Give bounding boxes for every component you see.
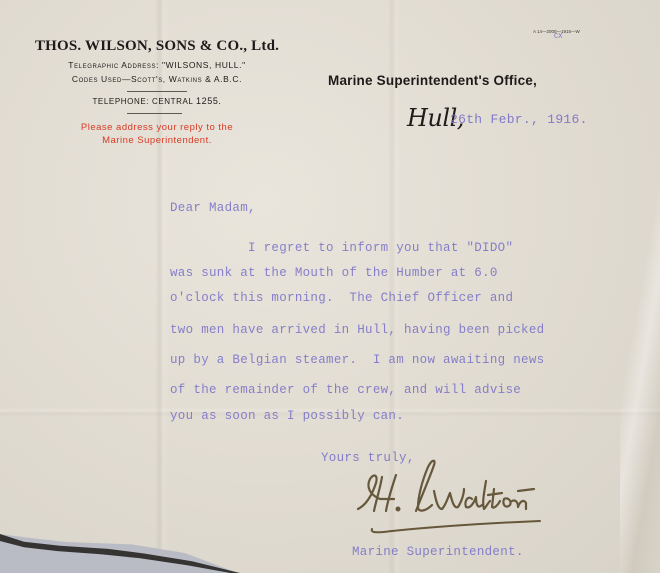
body-line: of the remainder of the crew, and will a… <box>170 383 521 397</box>
salutation: Dear Madam, <box>170 201 256 215</box>
reply-notice: Please address your reply to the Marine … <box>24 121 290 147</box>
letterhead-divider-bottom <box>127 113 182 114</box>
reply-notice-line-1: Please address your reply to the <box>24 121 290 134</box>
codes-used: Codes Used—Scott's, Watkins & A.B.C. <box>24 74 290 84</box>
body-line: o'clock this morning. The Chief Officer … <box>170 291 513 305</box>
form-stamp: CX <box>554 33 562 41</box>
body-line: you as soon as I possibly can. <box>170 409 404 423</box>
body-line: two men have arrived in Hull, having bee… <box>170 323 544 337</box>
signatory-title: Marine Superintendent. <box>352 545 524 559</box>
company-name: THOS. WILSON, SONS & CO., Ltd. <box>24 38 290 55</box>
body-line: up by a Belgian steamer. I am now awaiti… <box>170 353 544 367</box>
letter-date: 26th Febr., 1916. <box>450 112 588 127</box>
office-heading: Marine Superintendent's Office, <box>328 73 537 88</box>
reply-notice-line-2: Marine Superintendent. <box>24 134 290 147</box>
letterhead-divider-top <box>127 91 187 92</box>
telephone: TELEPHONE: CENTRAL 1255. <box>24 96 290 106</box>
body-line: was sunk at the Mouth of the Humber at 6… <box>170 266 498 280</box>
telephone-label: TELEPHONE: CENTRAL <box>92 97 196 106</box>
telegraphic-address: Telegraphic Address: "WILSONS, HULL." <box>24 60 290 70</box>
telephone-number: 1255. <box>196 96 222 106</box>
handwritten-signature <box>352 455 552 545</box>
body-line: I regret to inform you that "DIDO" <box>170 241 513 255</box>
